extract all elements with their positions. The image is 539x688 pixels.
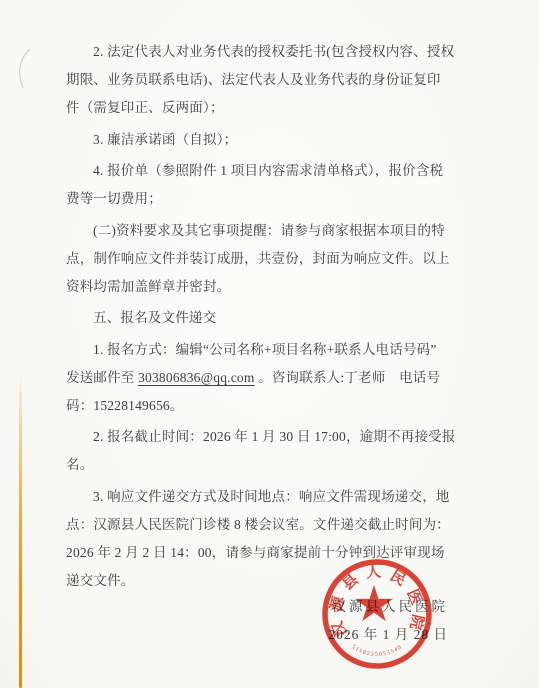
paragraph-line: 名。 — [66, 451, 466, 479]
stamp-star-icon — [355, 585, 393, 621]
paragraph-line: 发送邮件至 303806836@qq.com 。咨询联系人:丁老师 电话号 — [66, 364, 466, 392]
paragraph-line: 2. 报名截止时间：2026 年 1 月 30 日 17:00，逾期不再接受报 — [66, 423, 466, 451]
section-heading: 五、报名及文件递交 — [66, 304, 466, 332]
paragraph: 1. 报名方式：编辑“公司名称+项目名称+联系人电话号码” 发送邮件至 3038… — [66, 336, 466, 420]
paragraph-line: 3. 响应文件递交方式及时间地点：响应文件需现场递交，地 — [66, 483, 466, 511]
paragraph: 3. 廉洁承诺函（自拟）； — [66, 126, 466, 154]
document-body: 2. 法定代表人对业务代表的授权委托书(包含授权内容、授权 期限、业务员联系电话… — [66, 38, 466, 595]
scanned-document-page: 2. 法定代表人对业务代表的授权委托书(包含授权内容、授权 期限、业务员联系电话… — [0, 0, 539, 688]
scan-artifact-curve — [14, 46, 44, 91]
paragraph-line: 1. 报名方式：编辑“公司名称+项目名称+联系人电话号码” — [66, 336, 466, 364]
paragraph: (二)资料要求及其它事项提醒：请参与商家根据本项目的特 点，制作响应文件并装订成… — [66, 217, 466, 301]
section-heading-line: 五、报名及文件递交 — [66, 304, 466, 332]
stamp-arc-char: 源 — [328, 594, 348, 613]
stamp-code: 5118235053540 — [350, 644, 403, 658]
paragraph-line: (二)资料要求及其它事项提醒：请参与商家根据本项目的特 — [66, 217, 466, 245]
stamp-arc-char: 人 — [365, 564, 381, 582]
paragraph-line: 点：汉源县人民医院门诊楼 8 楼会议室。文件递交截止时间为： — [66, 511, 466, 539]
paragraph-line: 期限、业务员联系电话)、法定代表人及业务代表的身份证复印 — [66, 66, 466, 94]
paragraph: 2. 报名截止时间：2026 年 1 月 30 日 17:00，逾期不再接受报 … — [66, 423, 466, 479]
paragraph: 4. 报价单（参照附件 1 项目内容需求清单格式），报价含税 费等一切费用； — [66, 157, 466, 213]
paragraph-line: 3. 廉洁承诺函（自拟）； — [66, 126, 466, 154]
paragraph-line: 码：15228149656。 — [66, 392, 466, 420]
paragraph: 2. 法定代表人对业务代表的授权委托书(包含授权内容、授权 期限、业务员联系电话… — [66, 38, 466, 122]
paragraph-line: 4. 报价单（参照附件 1 项目内容需求清单格式），报价含税 — [66, 157, 466, 185]
paragraph-line: 件（需复印正、反两面）； — [66, 94, 466, 122]
paragraph-line: 点，制作响应文件并装订成册，共壹份，封面为响应文件。以上 — [66, 245, 466, 273]
contact-email: 303806836@qq.com — [138, 370, 255, 385]
scan-artifact-edge-line — [19, 370, 22, 688]
paragraph-line: 资料均需加盖鲜章并密封。 — [66, 273, 466, 301]
contact-line-prefix: 发送邮件至 — [66, 370, 138, 385]
official-seal-stamp: 汉 源 县 人 民 医 院 5118235053540 — [302, 539, 452, 688]
paragraph-line: 费等一切费用； — [66, 185, 466, 213]
paragraph-line: 2. 法定代表人对业务代表的授权委托书(包含授权内容、授权 — [66, 38, 466, 66]
contact-line-suffix: 。咨询联系人:丁老师 电话号 — [255, 370, 441, 385]
